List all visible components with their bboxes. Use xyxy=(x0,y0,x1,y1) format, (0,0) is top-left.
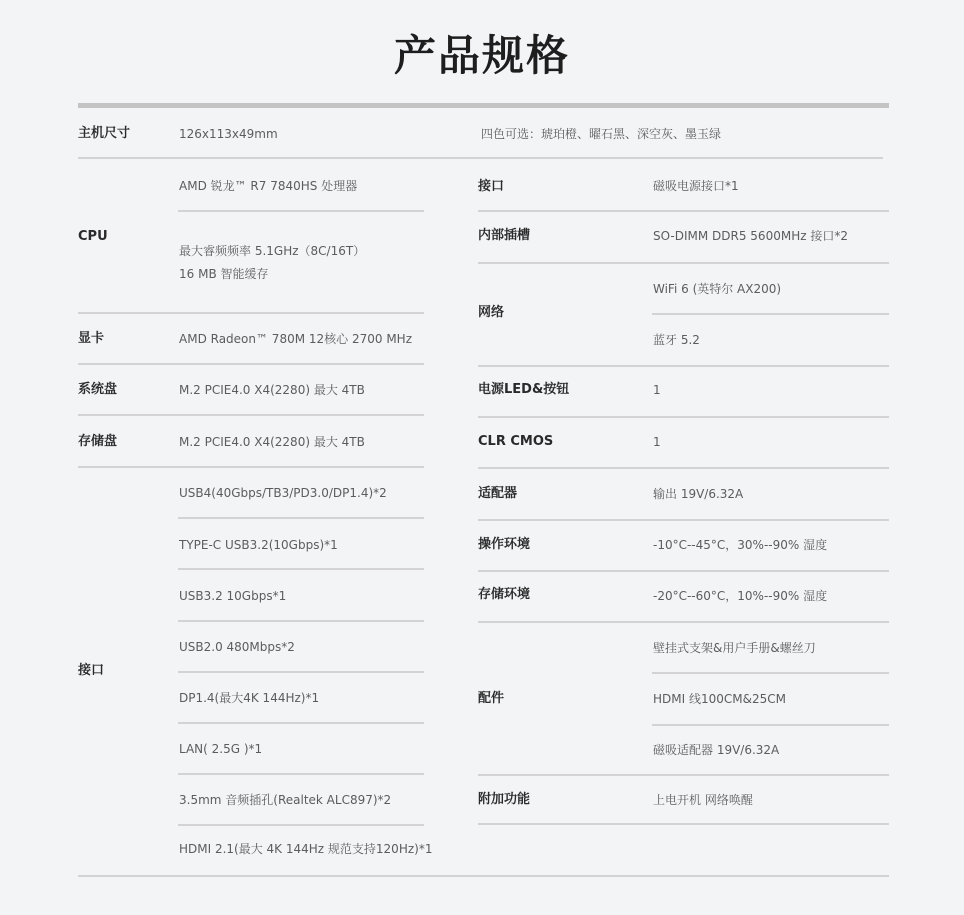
network-label: 网络 xyxy=(478,304,504,322)
port-value: 3.5mm 音频插孔(Realtek ALC897)*2 xyxy=(179,791,391,809)
cpu-value: AMD 锐龙™ R7 7840HS 处理器 xyxy=(179,177,357,195)
row-divider xyxy=(178,568,424,570)
row-divider xyxy=(178,824,424,826)
size-label: 主机尺寸 xyxy=(78,125,130,143)
row-divider xyxy=(178,671,424,673)
system-disk-value: M.2 PCIE4.0 X4(2280) 最大 4TB xyxy=(179,381,365,399)
network-value: WiFi 6 (英特尔 AX200) xyxy=(653,280,781,298)
row-divider xyxy=(478,262,889,264)
row-divider xyxy=(478,416,889,418)
accessories-value: HDMI 线100CM&25CM xyxy=(653,690,786,708)
port-value: DP1.4(最大4K 144Hz)*1 xyxy=(179,689,319,707)
row-divider xyxy=(652,724,889,726)
row-divider xyxy=(78,157,883,159)
storage-disk-label: 存储盘 xyxy=(78,433,117,451)
storage-env-value: -20°C--60°C，10%--90% 湿度 xyxy=(653,587,827,605)
clr-cmos-value: 1 xyxy=(653,433,661,451)
row-divider xyxy=(78,312,424,314)
slots-value: SO-DIMM DDR5 5600MHz 接口*2 xyxy=(653,227,848,245)
row-divider xyxy=(178,620,424,622)
row-divider xyxy=(178,722,424,724)
size-value: 126x113x49mm xyxy=(179,125,278,143)
accessories-value: 壁挂式支架&用户手册&螺丝刀 xyxy=(653,639,816,657)
extra-features-label: 附加功能 xyxy=(478,791,530,809)
power-led-value: 1 xyxy=(653,381,661,399)
system-disk-label: 系统盘 xyxy=(78,381,117,399)
row-divider xyxy=(78,414,424,416)
port-value: LAN( 2.5G )*1 xyxy=(179,740,262,758)
port-value: TYPE-C USB3.2(10Gbps)*1 xyxy=(179,536,338,554)
accessories-label: 配件 xyxy=(478,690,504,708)
row-divider xyxy=(478,621,889,623)
port-value: USB4(40Gbps/TB3/PD3.0/DP1.4)*2 xyxy=(179,484,387,502)
adapter-value: 输出 19V/6.32A xyxy=(653,485,743,503)
row-divider xyxy=(78,466,424,468)
page-title: 产品规格 xyxy=(0,24,964,88)
operating-env-value: -10°C--45°C，30%--90% 湿度 xyxy=(653,536,827,554)
bottom-divider xyxy=(78,875,889,877)
storage-env-label: 存储环境 xyxy=(478,586,530,604)
row-divider xyxy=(178,517,424,519)
row-divider xyxy=(652,313,889,315)
row-divider xyxy=(478,365,889,367)
ports-label: 接口 xyxy=(78,662,104,680)
cpu-label: CPU xyxy=(78,228,108,246)
slots-label: 内部插槽 xyxy=(478,227,530,245)
clr-cmos-label: CLR CMOS xyxy=(478,433,553,451)
accessories-value: 磁吸适配器 19V/6.32A xyxy=(653,741,779,759)
row-divider xyxy=(478,467,889,469)
storage-disk-value: M.2 PCIE4.0 X4(2280) 最大 4TB xyxy=(179,433,365,451)
port-value: HDMI 2.1(最大 4K 144Hz 规范支持120Hz)*1 xyxy=(179,840,432,858)
row-divider xyxy=(78,363,424,365)
operating-env-label: 操作环境 xyxy=(478,536,530,554)
port-value: USB2.0 480Mbps*2 xyxy=(179,638,295,656)
power-port-value: 磁吸电源接口*1 xyxy=(653,177,739,195)
cpu-value: 最大睿频频率 5.1GHz（8C/16T） xyxy=(179,242,365,260)
header-divider xyxy=(78,103,889,108)
network-value: 蓝牙 5.2 xyxy=(653,331,700,349)
power-port-label: 接口 xyxy=(478,178,504,196)
power-led-label: 电源LED&按钮 xyxy=(478,381,569,399)
gpu-label: 显卡 xyxy=(78,330,104,348)
color-options: 四色可选：琥珀橙、曜石黑、深空灰、墨玉绿 xyxy=(481,125,721,143)
row-divider xyxy=(652,672,889,674)
adapter-label: 适配器 xyxy=(478,485,517,503)
row-divider xyxy=(478,774,889,776)
row-divider xyxy=(478,570,889,572)
row-divider xyxy=(478,519,889,521)
row-divider xyxy=(178,210,424,212)
gpu-value: AMD Radeon™ 780M 12核心 2700 MHz xyxy=(179,330,412,348)
row-divider xyxy=(478,823,889,825)
port-value: USB3.2 10Gbps*1 xyxy=(179,587,286,605)
extra-features-value: 上电开机 网络唤醒 xyxy=(653,791,753,809)
cpu-value: 16 MB 智能缓存 xyxy=(179,265,269,283)
row-divider xyxy=(178,773,424,775)
row-divider xyxy=(478,210,889,212)
